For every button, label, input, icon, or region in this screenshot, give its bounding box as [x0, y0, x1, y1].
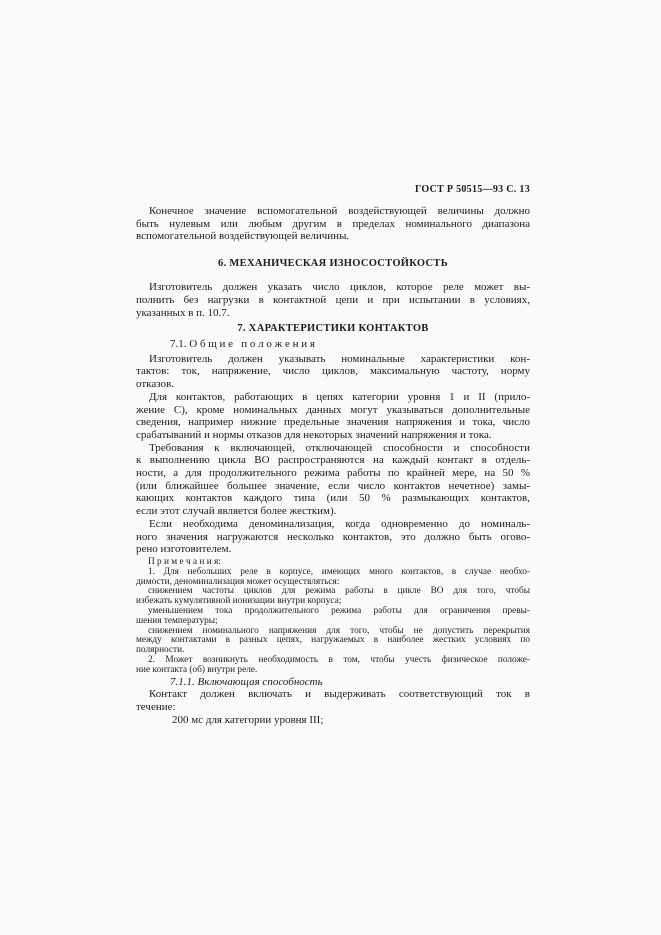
subsection-heading-7-1-1: 7.1.1. Включающая способность	[136, 676, 530, 689]
paragraph-nominal-characteristics: Изготовитель должен указывать номинальны…	[136, 353, 530, 391]
text-line: Если необходима деноминализация, когда о…	[136, 518, 530, 531]
paragraph-denominalization: Если необходима деноминализация, когда о…	[136, 518, 530, 556]
note-1: 1. Для небольших реле в корпусе, имеющих…	[136, 568, 530, 588]
text-line: жение С), кроме номинальных данных могут…	[136, 404, 530, 417]
text-line: если этот случай является более жестким)…	[136, 505, 530, 518]
section-heading-6: 6. МЕХАНИЧЕСКАЯ ИЗНОСОСТОЙКОСТЬ	[136, 257, 530, 270]
text-line: течение:	[136, 701, 530, 714]
paragraph-manufacturer-cycles: Изготовитель должен указать число циклов…	[136, 281, 530, 319]
document-page: ГОСТ Р 50515—93 С. 13 Конечное значение …	[0, 0, 661, 935]
text-line: Для контактов, работающих в цепях катего…	[136, 391, 530, 404]
text-line: кающих контактов каждого типа (или 50 % …	[136, 492, 530, 505]
paragraph-contact-current: Контакт должен включать и выдерживать со…	[136, 688, 530, 713]
paragraph-contacts-category: Для контактов, работающих в цепях катего…	[136, 391, 530, 442]
text-column: ГОСТ Р 50515—93 С. 13 Конечное значение …	[136, 184, 530, 726]
text-line: ности, а для продолжительного режима раб…	[136, 467, 530, 480]
text-line: рено изготовителем.	[136, 543, 530, 556]
notes-block: П р и м е ч а н и я: 1. Для небольших ре…	[136, 558, 530, 676]
text-line: Контакт должен включать и выдерживать со…	[136, 688, 530, 701]
note-2: 2. Может возникнуть необходимость в том,…	[136, 656, 530, 676]
section-heading-7: 7. ХАРАКТЕРИСТИКИ КОНТАКТОВ	[136, 322, 530, 335]
text-line: к выполнению цикла ВО распространяются н…	[136, 454, 530, 467]
text-line: срабатываний и нормы отказов для некотор…	[136, 429, 530, 442]
text-line: указанных в п. 10.7.	[136, 307, 530, 320]
note-1-item-voltage: снижением номинального напряжения для то…	[136, 627, 530, 656]
text-line: между контактами в разных цепях, нагружа…	[136, 636, 530, 646]
text-line: полнить без нагрузки в контактной цепи и…	[136, 294, 530, 307]
text-line: ние контакта (об) внутри реле.	[136, 666, 530, 676]
text-line: Конечное значение вспомогательной воздей…	[136, 205, 530, 218]
note-1-item-current: уменьшением тока продолжительного режима…	[136, 607, 530, 627]
text-line: сведения, например нижние предельные зна…	[136, 416, 530, 429]
text-line: Изготовитель должен указывать номинальны…	[136, 353, 530, 366]
text-line: отказов.	[136, 378, 530, 391]
text-line: ного значения нагружаются несколько конт…	[136, 531, 530, 544]
text-line: быть нулевым или любым другим в пределах…	[136, 218, 530, 231]
subsection-heading-7-1: 7.1. О б щ и е п о л о ж е н и я	[136, 338, 530, 352]
page-header: ГОСТ Р 50515—93 С. 13	[136, 184, 530, 196]
text-line: тактов: ток, напряжение, число циклов, м…	[136, 365, 530, 378]
text-line: Требования к включающей, отключающей спо…	[136, 442, 530, 455]
paragraph-requirements: Требования к включающей, отключающей спо…	[136, 442, 530, 518]
text-line: (или ближайшее большее значение, если чи…	[136, 480, 530, 493]
list-item-200ms: 200 мс для категории уровня III;	[136, 714, 530, 727]
note-1-item-frequency: снижением частоты циклов для режима рабо…	[136, 587, 530, 607]
text-line: Изготовитель должен указать число циклов…	[136, 281, 530, 294]
text-line: вспомогательной воздействующей величины.	[136, 230, 530, 243]
paragraph-final-value: Конечное значение вспомогательной воздей…	[136, 205, 530, 243]
